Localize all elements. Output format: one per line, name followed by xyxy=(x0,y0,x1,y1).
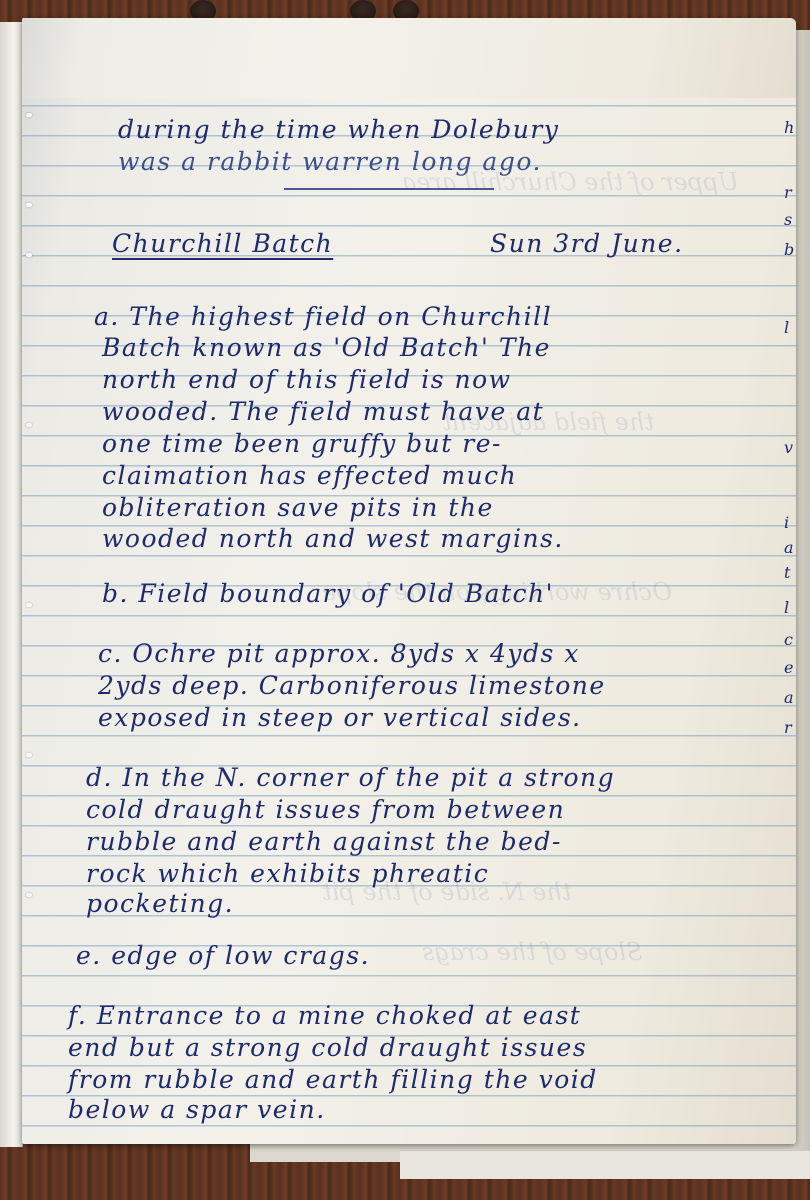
entry-d-line: d. In the N. corner of the pit a strong xyxy=(86,764,615,792)
entry-a-line: obliteration save pits in the xyxy=(102,494,494,522)
left-page-edge xyxy=(0,22,23,1147)
margin-fragment: b xyxy=(784,240,794,259)
entry-b-line: b. Field boundary of 'Old Batch' xyxy=(102,580,554,608)
entry-c-line: 2yds deep. Carboniferous limestone xyxy=(98,672,606,700)
margin-fragment: i xyxy=(784,513,789,532)
section-date: Sun 3rd June. xyxy=(490,230,684,258)
margin-fragment: a xyxy=(784,538,794,557)
entry-c-line: c. Ochre pit approx. 8yds x 4yds x xyxy=(98,640,580,668)
margin-fragment: v xyxy=(784,438,793,457)
margin-fragment: c xyxy=(784,630,793,649)
entry-d-line: rubble and earth against the bed- xyxy=(86,828,562,856)
entry-f-line: end but a strong cold draught issues xyxy=(68,1034,587,1062)
margin-fragment: l xyxy=(784,598,789,617)
entry-e-line: e. edge of low crags. xyxy=(76,942,370,970)
right-page-edge xyxy=(796,30,810,1150)
entry-a-line: wooded. The field must have at xyxy=(102,398,544,426)
entry-a-line: Batch known as 'Old Batch' The xyxy=(102,334,551,362)
entry-a-line: a. The highest field on Churchill xyxy=(94,303,552,331)
continuation-line: during the time when Dolebury xyxy=(118,116,559,144)
entry-c-line: exposed in steep or vertical sides. xyxy=(98,704,582,732)
margin-fragment: e xyxy=(784,658,793,677)
notebook-page: Upper of the Churchill area the field ad… xyxy=(22,18,796,1144)
entry-a-line: north end of this field is now xyxy=(102,366,512,394)
entry-f-line: f. Entrance to a mine choked at east xyxy=(68,1002,581,1030)
margin-fragment: r xyxy=(784,183,792,202)
margin-fragment: r xyxy=(784,718,792,737)
entry-d-line: cold draught issues from between xyxy=(86,796,565,824)
facing-page-fragments: h r s b l v i a t l c e a r xyxy=(782,18,796,1144)
margin-fragment: s xyxy=(784,210,792,229)
entry-f-line: below a spar vein. xyxy=(68,1096,326,1124)
section-title: Churchill Batch xyxy=(112,230,333,258)
entry-f-line: from rubble and earth filling the void xyxy=(68,1066,598,1094)
entry-a-line: claimation has effected much xyxy=(102,462,517,490)
margin-fragment: t xyxy=(784,563,790,582)
entry-a-line: one time been gruffy but re- xyxy=(102,430,502,458)
margin-fragment: l xyxy=(784,318,789,337)
margin-fragment: a xyxy=(784,688,794,707)
entry-a-line: wooded north and west margins. xyxy=(102,525,564,553)
underlying-sheet xyxy=(400,1150,810,1179)
continuation-line: was a rabbit warren long ago. xyxy=(118,148,542,176)
entry-d-line: pocketing. xyxy=(86,890,234,918)
section-divider xyxy=(284,188,494,190)
margin-fragment: h xyxy=(784,118,794,137)
entry-d-line: rock which exhibits phreatic xyxy=(86,860,489,888)
handwritten-notes: during the time when Dolebury was a rabb… xyxy=(22,18,796,1144)
